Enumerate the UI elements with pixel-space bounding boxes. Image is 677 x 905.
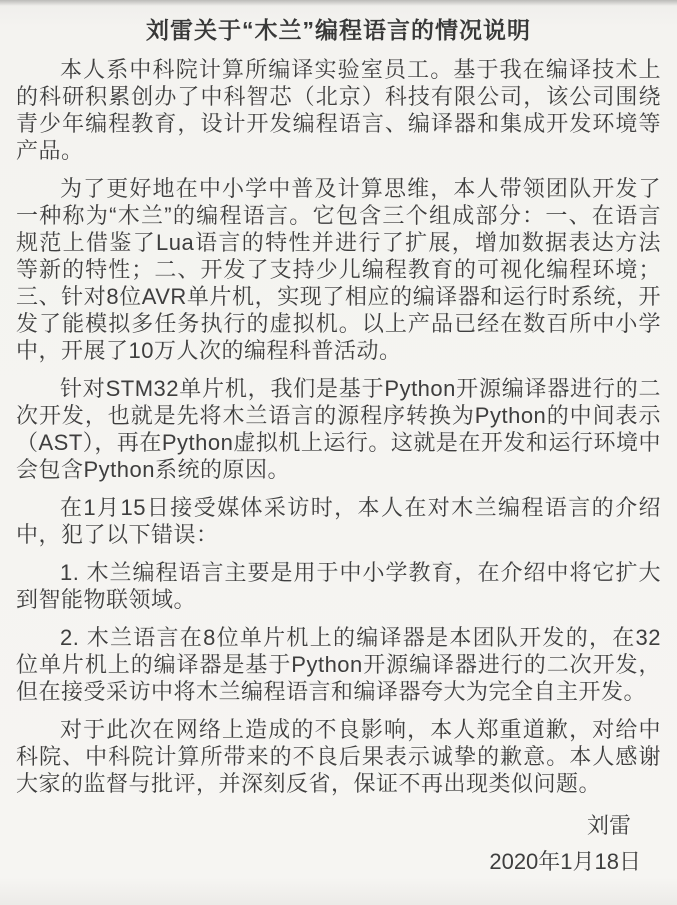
date: 2020年1月18日: [16, 847, 661, 877]
signature-block: 刘雷 2020年1月18日: [16, 811, 661, 877]
document-list-item-error-1: 1. 木兰编程语言主要是用于中小学教育，在介绍中将它扩大到智能物联领域。: [16, 559, 661, 613]
document-paragraph-interview-errors-lead: 在1月15日接受媒体采访时，本人在对木兰编程语言的介绍中，犯了以下错误：: [16, 494, 661, 548]
document-paragraph-stm32-python: 针对STM32单片机，我们是基于Python开源编译器进行的二次开发，也就是先将…: [16, 375, 661, 483]
document-paragraph-intro: 本人系中科院计算所编译实验室员工。基于我在编译技术上的科研积累创办了中科智芯（北…: [16, 56, 661, 164]
document-paragraph-apology: 对于此次在网络上造成的不良影响，本人郑重道歉，对给中科院、中科院计算所带来的不良…: [16, 716, 661, 797]
signature: 刘雷: [16, 811, 661, 841]
document-paragraph-mulan-components: 为了更好地在中小学中普及计算思维，本人带领团队开发了一种称为“木兰”的编程语言。…: [16, 175, 661, 364]
document-list-item-error-2: 2. 木兰语言在8位单片机上的编译器是本团队开发的，在32位单片机上的编译器是基…: [16, 624, 661, 705]
document-page: 刘雷关于“木兰”编程语言的情况说明 本人系中科院计算所编译实验室员工。基于我在编…: [0, 0, 677, 905]
page-title: 刘雷关于“木兰”编程语言的情况说明: [16, 12, 661, 45]
